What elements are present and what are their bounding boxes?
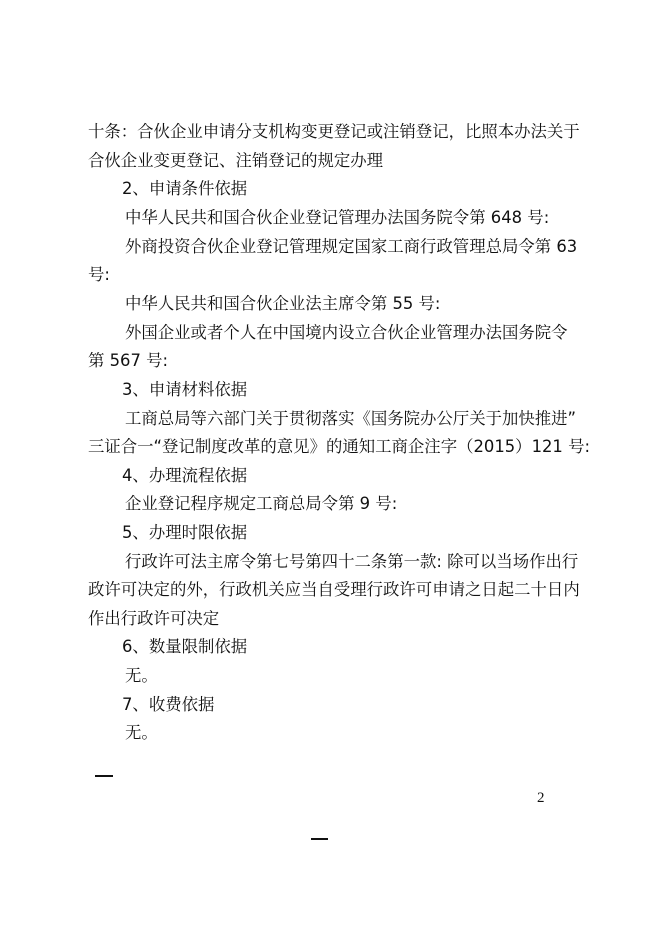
text-line-5: 外商投资合伙企业登记管理规定国家工商行政管理总局令第 63 [125, 233, 577, 261]
text-line-14: 企业登记程序规定工商总局令第 9 号: [125, 490, 397, 518]
text-line-11: 工商总局等六部门关于贯彻落实《国务院办公厅关于加快推进” [125, 405, 576, 433]
text-line-7: 中华人民共和国合伙企业法主席令第 55 号: [125, 290, 440, 318]
text-line-8: 外国企业或者个人在中国境内设立合伙企业管理办法国务院令 [125, 319, 568, 347]
text-line-18: 作出行政许可决定 [88, 605, 219, 633]
text-line-12: 三证合一“登记制度改革的意见》的通知工商企注字（2015）121 号: [88, 433, 590, 461]
text-line-22: 无。 [125, 719, 158, 747]
text-line-9: 第 567 号: [88, 347, 168, 375]
text-line-6: 号: [88, 261, 110, 289]
text-line-17: 政许可决定的外，行政机关应当自受理行政许可申请之日起二十日内 [88, 576, 580, 604]
page-number: 2 [537, 789, 545, 807]
section-heading-quantity-limit: 6、数量限制依据 [122, 633, 247, 661]
section-heading-time-limit: 5、办理时限依据 [122, 519, 247, 547]
footer-dash-left [95, 775, 113, 777]
section-heading-process: 4、办理流程依据 [122, 462, 247, 490]
text-line-4: 中华人民共和国合伙企业登记管理办法国务院令第 648 号: [125, 204, 549, 232]
text-line-20: 无。 [125, 662, 158, 690]
text-line-16: 行政许可法主席令第七号第四十二条第一款: 除可以当场作出行 [125, 548, 578, 576]
section-heading-fees: 7、收费依据 [122, 691, 214, 719]
footer-dash-center [311, 838, 328, 840]
text-line-1: 十条：合伙企业申请分支机构变更登记或注销登记，比照本办法关于 [88, 118, 580, 146]
text-line-2: 合伙企业变更登记、注销登记的规定办理 [88, 147, 383, 175]
section-heading-application-materials: 3、申请材料依据 [122, 376, 247, 404]
section-heading-application-conditions: 2、申请条件依据 [122, 175, 247, 203]
document-page: 十条：合伙企业申请分支机构变更登记或注销登记，比照本办法关于 合伙企业变更登记、… [0, 0, 662, 936]
